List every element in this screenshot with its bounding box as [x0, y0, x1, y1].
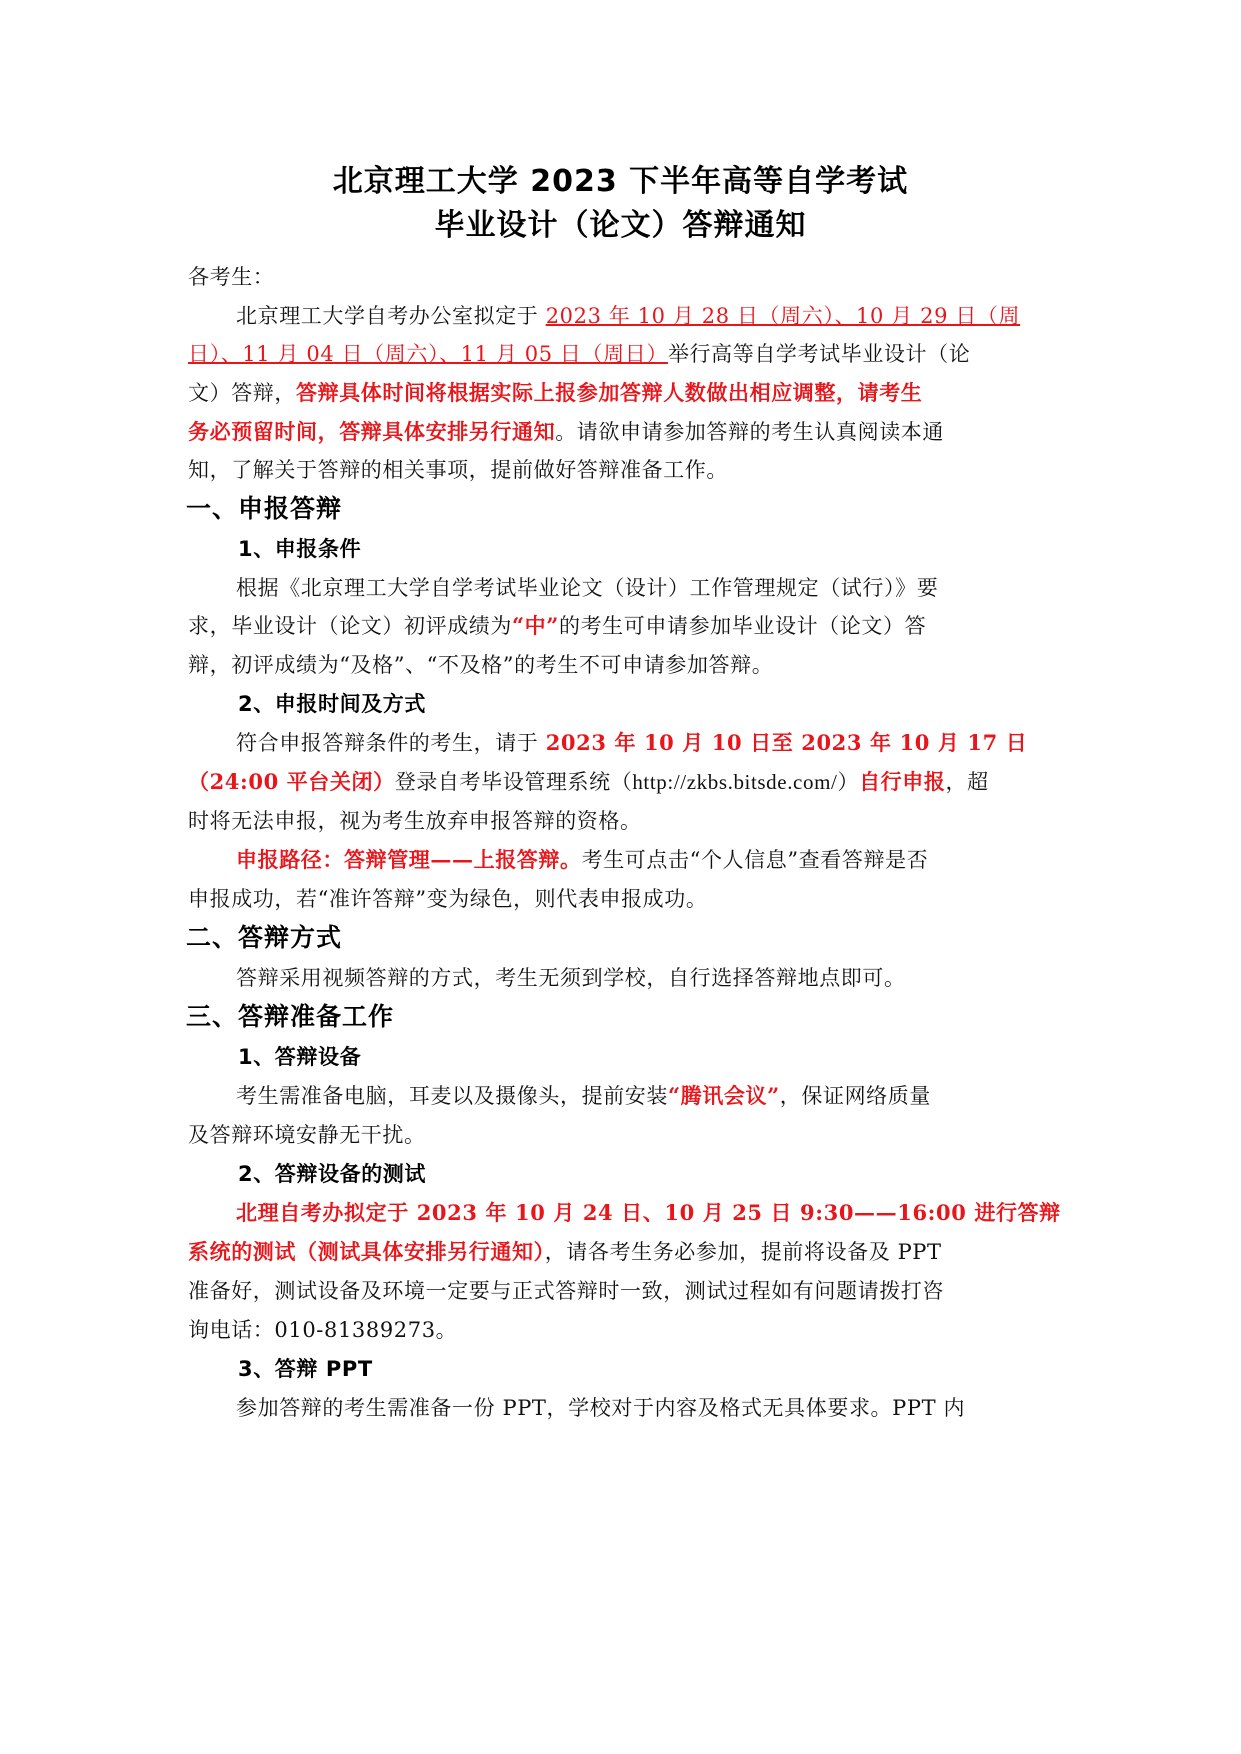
body-text: ）: [837, 770, 859, 794]
body-text: 的考生可申请参加毕业设计（论文）答: [559, 614, 926, 638]
document-page: 北京理工大学 2023 下半年高等自学考试 毕业设计（论文）答辩通知 各考生： …: [0, 0, 1241, 1754]
s3-1-line-2: 及答辩环境安静无干扰。: [188, 1120, 1058, 1150]
section-heading-3: 三、答辩准备工作: [186, 1000, 394, 1034]
s3-2-line-1: 北理自考办拟定于 2023 年 10 月 24 日、10 月 25 日 9:30…: [236, 1198, 1106, 1228]
tencent-meeting-highlight: “腾讯会议”: [668, 1083, 780, 1108]
subsection-heading-1-1: 1、申报条件: [238, 534, 361, 564]
s3-2-line-3: 准备好，测试设备及环境一定要与正式答辩时一致，测试过程如有问题请拨打咨: [188, 1276, 1058, 1306]
system-url-link[interactable]: http://zkbs.bitsde.com/: [632, 770, 837, 794]
s1-2-line-4: 申报路径：答辩管理——上报答辩。考生可点击“个人信息”查看答辩是否: [236, 845, 1106, 875]
s1-2-line-2: （24:00 平台关闭）登录自考毕设管理系统（http://zkbs.bitsd…: [188, 767, 1058, 797]
intro-line-2: 日）、11 月 04 日（周六）、11 月 05 日（周日）举行高等自学考试毕业…: [188, 339, 1058, 369]
subsection-heading-3-3: 3、答辩 PPT: [238, 1354, 373, 1384]
s3-1-line-1: 考生需准备电脑，耳麦以及摄像头，提前安装“腾讯会议”，保证网络质量: [236, 1081, 1106, 1111]
s1-2-line-5: 申报成功，若“准许答辩”变为绿色，则代表申报成功。: [188, 884, 1058, 914]
s3-2-line-2: 系统的测试（测试具体安排另行通知），请各考生务必参加，提前将设备及 PPT: [188, 1237, 1058, 1267]
intro-text: 。请欲申请参加答辩的考生认真阅读本通: [555, 420, 944, 444]
subsection-heading-3-1: 1、答辩设备: [238, 1042, 361, 1072]
s3-2-line-4: 询电话：010-81389273。: [188, 1315, 1058, 1345]
intro-text: 北京理工大学自考办公室拟定于: [236, 304, 546, 328]
intro-line-3: 文）答辩，答辩具体时间将根据实际上报参加答辩人数做出相应调整，请考生: [188, 378, 1058, 408]
section-heading-1: 一、申报答辩: [186, 492, 342, 526]
registration-path-highlight: 申报路径：答辩管理——上报答辩。: [236, 847, 582, 872]
schedule-adjust-notice: 答辩具体时间将根据实际上报参加答辩人数做出相应调整，请考生: [296, 380, 922, 405]
body-text: 登录自考毕设管理系统（: [395, 770, 633, 794]
intro-text: 文）答辩，: [188, 381, 296, 405]
self-register-highlight: 自行申报: [859, 769, 945, 794]
body-text: 考生可点击“个人信息”查看答辩是否: [582, 848, 929, 872]
section-heading-2: 二、答辩方式: [186, 921, 342, 955]
s2-body: 答辩采用视频答辩的方式，考生无须到学校，自行选择答辩地点即可。: [236, 963, 1106, 993]
salutation: 各考生：: [188, 262, 1058, 292]
s1-1-line-2: 求，毕业设计（论文）初评成绩为“中”的考生可申请参加毕业设计（论文）答: [188, 611, 1058, 641]
body-text: ，超: [945, 770, 988, 794]
body-text: 考生需准备电脑，耳麦以及摄像头，提前安装: [236, 1084, 668, 1108]
registration-period-highlight: 2023 年 10 月 10 日至 2023 年 10 月 17 日: [546, 730, 1028, 755]
grade-medium-highlight: “中”: [512, 613, 559, 638]
subsection-heading-3-2: 2、答辩设备的测试: [238, 1159, 426, 1189]
body-text: ，请各考生务必参加，提前将设备及 PPT: [545, 1240, 942, 1264]
test-schedule-highlight: 北理自考办拟定于 2023 年 10 月 24 日、10 月 25 日 9:30…: [236, 1200, 1061, 1225]
test-schedule-highlight-cont: 系统的测试（测试具体安排另行通知）: [188, 1239, 545, 1264]
body-text: 符合申报答辩条件的考生，请于: [236, 731, 546, 755]
document-title-line-2: 毕业设计（论文）答辩通知: [0, 200, 1241, 244]
s1-2-line-1: 符合申报答辩条件的考生，请于 2023 年 10 月 10 日至 2023 年 …: [236, 728, 1106, 758]
intro-line-5: 知，了解关于答辩的相关事项，提前做好答辩准备工作。: [188, 455, 1058, 485]
s3-3-line-1: 参加答辩的考生需准备一份 PPT，学校对于内容及格式无具体要求。PPT 内: [236, 1393, 1106, 1423]
s1-1-line-1: 根据《北京理工大学自学考试毕业论文（设计）工作管理规定（试行）》要: [236, 573, 1106, 603]
intro-line-4: 务必预留时间，答辩具体安排另行通知。请欲申请参加答辩的考生认真阅读本通: [188, 417, 1058, 447]
intro-text: 举行高等自学考试毕业设计（论: [668, 342, 970, 366]
defense-dates-highlight: 2023 年 10 月 28 日（周六）、10 月 29 日（周: [546, 304, 1020, 328]
body-text: ，保证网络质量: [780, 1084, 931, 1108]
body-text: 求，毕业设计（论文）初评成绩为: [188, 614, 512, 638]
platform-close-highlight: （24:00 平台关闭）: [188, 769, 395, 794]
schedule-adjust-notice-cont: 务必预留时间，答辩具体安排另行通知: [188, 419, 555, 444]
intro-line-1: 北京理工大学自考办公室拟定于 2023 年 10 月 28 日（周六）、10 月…: [236, 301, 1106, 331]
document-title-line-1: 北京理工大学 2023 下半年高等自学考试: [0, 156, 1241, 200]
s1-2-line-3: 时将无法申报，视为考生放弃申报答辩的资格。: [188, 806, 1058, 836]
s1-1-line-3: 辩，初评成绩为“及格”、“不及格”的考生不可申请参加答辩。: [188, 650, 1058, 680]
defense-dates-highlight-cont: 日）、11 月 04 日（周六）、11 月 05 日（周日）: [188, 342, 668, 366]
subsection-heading-1-2: 2、申报时间及方式: [238, 689, 426, 719]
